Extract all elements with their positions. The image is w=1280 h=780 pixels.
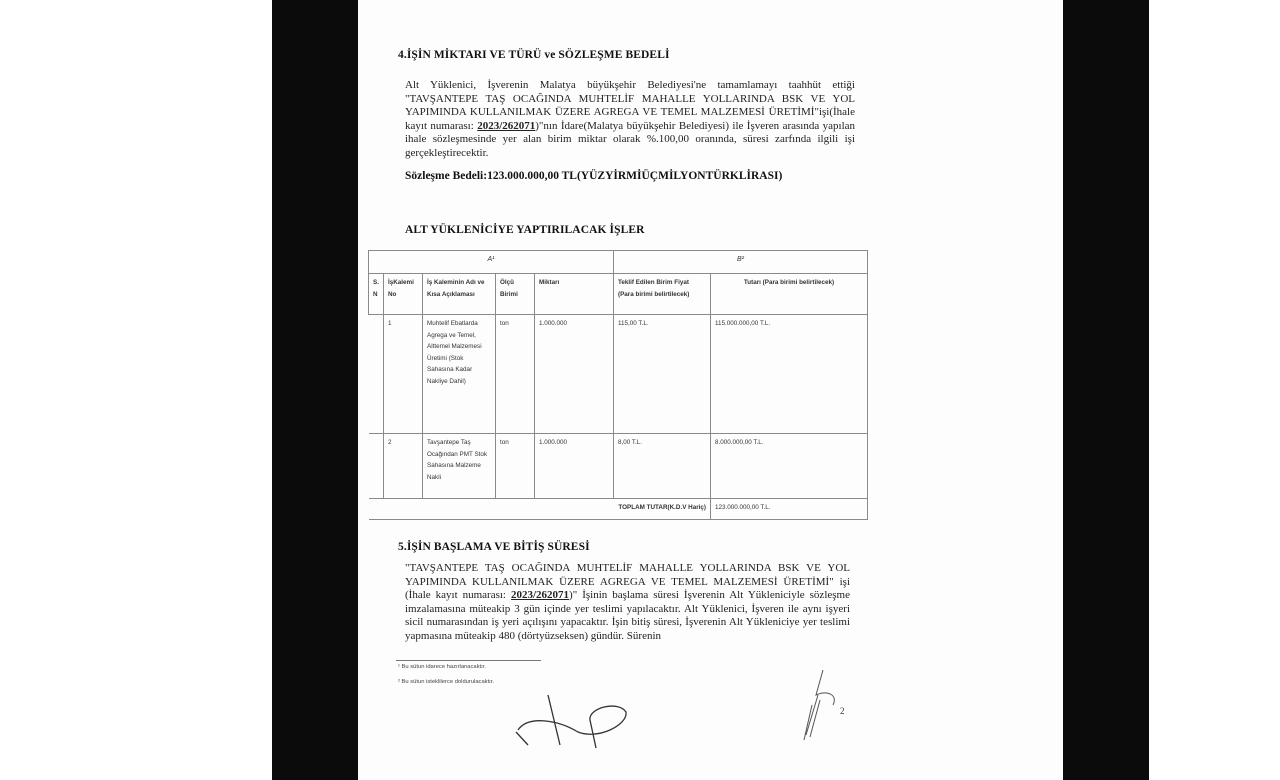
col-sira: S. N	[369, 274, 384, 315]
row-unit: ton	[496, 315, 535, 434]
row-no: 2	[384, 434, 423, 499]
page-number: 2	[840, 706, 845, 716]
signature-right-icon	[798, 665, 848, 745]
row-amount: 8.000.000,00 T.L.	[711, 434, 868, 499]
works-table-title: ALT YÜKLENİCİYE YAPTIRILACAK İŞLER	[405, 224, 645, 236]
total-label: TOPLAM TUTAR(K.D.V Hariç)	[369, 499, 711, 520]
row-amount: 115.000.000,00 T.L.	[711, 315, 868, 434]
section-4-paragraph: Alt Yüklenici, İşverenin Malatya büyükşe…	[405, 79, 855, 161]
col-is-kalemi-adi: İş Kaleminin Adı ve Kısa Açıklaması	[423, 274, 496, 315]
contract-value: Sözleşme Bedeli:123.000.000,00 TL(YÜZYİR…	[405, 170, 782, 182]
group-a-header: A¹	[369, 251, 614, 274]
document-page: 4.İŞİN MİKTARI VE TÜRÜ ve SÖZLEŞME BEDEL…	[358, 0, 1063, 780]
col-birim-fiyat: Teklif Edilen Birim Fiyat (Para birimi b…	[614, 274, 711, 315]
footnote-1: ¹ Bu sütun idarece hazırlanacaktır.	[398, 664, 486, 670]
right-black-bar	[1063, 0, 1149, 780]
row-unit-price: 115,00 T.L.	[614, 315, 711, 434]
row-unit-price: 8,00 T.L.	[614, 434, 711, 499]
section-4-heading: 4.İŞİN MİKTARI VE TÜRÜ ve SÖZLEŞME BEDEL…	[398, 49, 670, 61]
table-row: 2 Tavşantepe Taş Ocağından PMT Stok Saha…	[369, 434, 868, 499]
section-5-paragraph: "TAVŞANTEPE TAŞ OCAĞINDA MUHTELİF MAHALL…	[405, 562, 850, 644]
col-tutari: Tutarı (Para birimi belirtilecek)	[711, 274, 868, 315]
row-no: 1	[384, 315, 423, 434]
group-b-header: B²	[614, 251, 868, 274]
row-description: Tavşantepe Taş Ocağından PMT Stok Sahası…	[423, 434, 496, 499]
row-quantity: 1.000.000	[535, 315, 614, 434]
total-row: TOPLAM TUTAR(K.D.V Hariç) 123.000.000,00…	[369, 499, 868, 520]
tender-ref-number-2: 2023/262071	[511, 589, 569, 601]
tender-ref-number: 2023/262071	[477, 120, 535, 132]
table-row: 1 Muhtelif Ebatlarda Agrega ve Temel, Al…	[369, 315, 868, 434]
left-black-bar	[272, 0, 358, 780]
row-description: Muhtelif Ebatlarda Agrega ve Temel, Altt…	[423, 315, 496, 434]
col-is-kalemi-no: İşKalemi No	[384, 274, 423, 315]
section-5-heading: 5.İŞİN BAŞLAMA VE BİTİŞ SÜRESİ	[398, 541, 590, 553]
row-quantity: 1.000.000	[535, 434, 614, 499]
col-miktari: Miktarı	[535, 274, 614, 315]
row-unit: ton	[496, 434, 535, 499]
footnote-separator	[396, 660, 541, 661]
footnote-2: ² Bu sütun isteklilerce doldurulacaktır.	[398, 679, 494, 685]
col-olcu-birimi: Ölçü Birimi	[496, 274, 535, 315]
total-value: 123.000.000,00 T.L.	[711, 499, 868, 520]
signature-left-icon	[508, 690, 638, 750]
works-table: A¹ B² S. N İşKalemi No İş Kaleminin Adı …	[368, 250, 868, 520]
